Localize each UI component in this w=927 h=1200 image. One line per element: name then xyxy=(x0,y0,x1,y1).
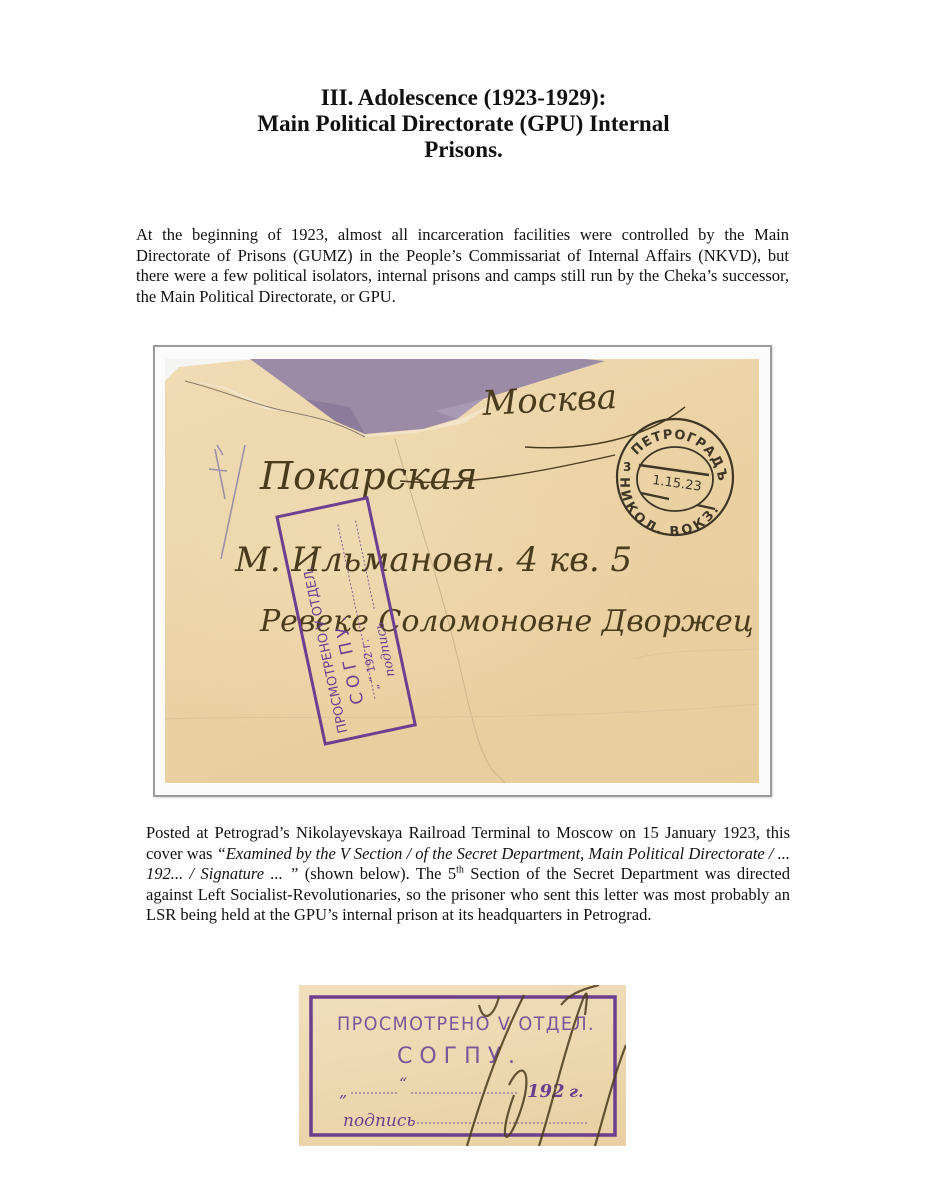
detail-line-1: ПРОСМОТРЕНО V ОТДЕЛ. xyxy=(337,1013,595,1035)
title-line-3: Prisons. xyxy=(0,137,927,163)
envelope-photo-frame: Москва Покарская М. Ильмановн. 4 кв. 5 Р… xyxy=(153,345,772,797)
address-line-2: М. Ильмановн. 4 кв. 5 xyxy=(234,540,632,580)
title-line-2: Main Political Directorate (GPU) Interna… xyxy=(0,111,927,137)
censor-stamp-detail-artwork: ПРОСМОТРЕНО V ОТДЕЛ. СОГПУ. „ “ 192 г. п… xyxy=(299,985,626,1146)
detail-signature-label: подпись xyxy=(343,1111,416,1131)
censor-stamp: ПРОСМОТРЕНО V ОТДЕЛ. СОГПУ. „ “ 192 г. п… xyxy=(277,498,415,744)
postmark-side-number: 3 xyxy=(623,460,631,474)
intro-text: At the beginning of 1923, almost all inc… xyxy=(136,225,789,306)
description-text-b: (shown below). The 5 xyxy=(298,864,456,883)
detail-year: 192 xyxy=(527,1081,565,1102)
envelope-artwork: Москва Покарская М. Ильмановн. 4 кв. 5 Р… xyxy=(165,359,759,783)
postmark: ПЕТРОГРАДЪ НИКОЛ. ВОКЗ. 3 1.15.23 xyxy=(602,414,740,554)
address-street: Покарская xyxy=(259,454,477,498)
detail-year-suffix: г. xyxy=(569,1082,584,1101)
censor-stamp-detail-image: ПРОСМОТРЕНО V ОТДЕЛ. СОГПУ. „ “ 192 г. п… xyxy=(299,985,626,1146)
title-line-1: III. Adolescence (1923-1929): xyxy=(0,85,927,111)
svg-text:ПЕТРОГРАДЪ: ПЕТРОГРАДЪ xyxy=(627,414,741,487)
postmark-date: 1.15.23 xyxy=(651,473,702,495)
detail-line-2: СОГПУ. xyxy=(397,1044,522,1069)
address-city: Москва xyxy=(480,377,618,424)
detail-quote-mid: “ xyxy=(399,1074,407,1093)
detail-quote-left: „ xyxy=(339,1082,347,1101)
envelope-image: Москва Покарская М. Ильмановн. 4 кв. 5 Р… xyxy=(165,359,759,783)
page-title: III. Adolescence (1923-1929): Main Polit… xyxy=(0,85,927,163)
intro-paragraph: At the beginning of 1923, almost all inc… xyxy=(136,225,789,307)
postmark-top-text: ПЕТРОГРАДЪ xyxy=(627,414,741,487)
description-paragraph: Posted at Petrograd’s Nikolayevskaya Rai… xyxy=(146,823,790,926)
description-superscript: th xyxy=(456,865,464,876)
